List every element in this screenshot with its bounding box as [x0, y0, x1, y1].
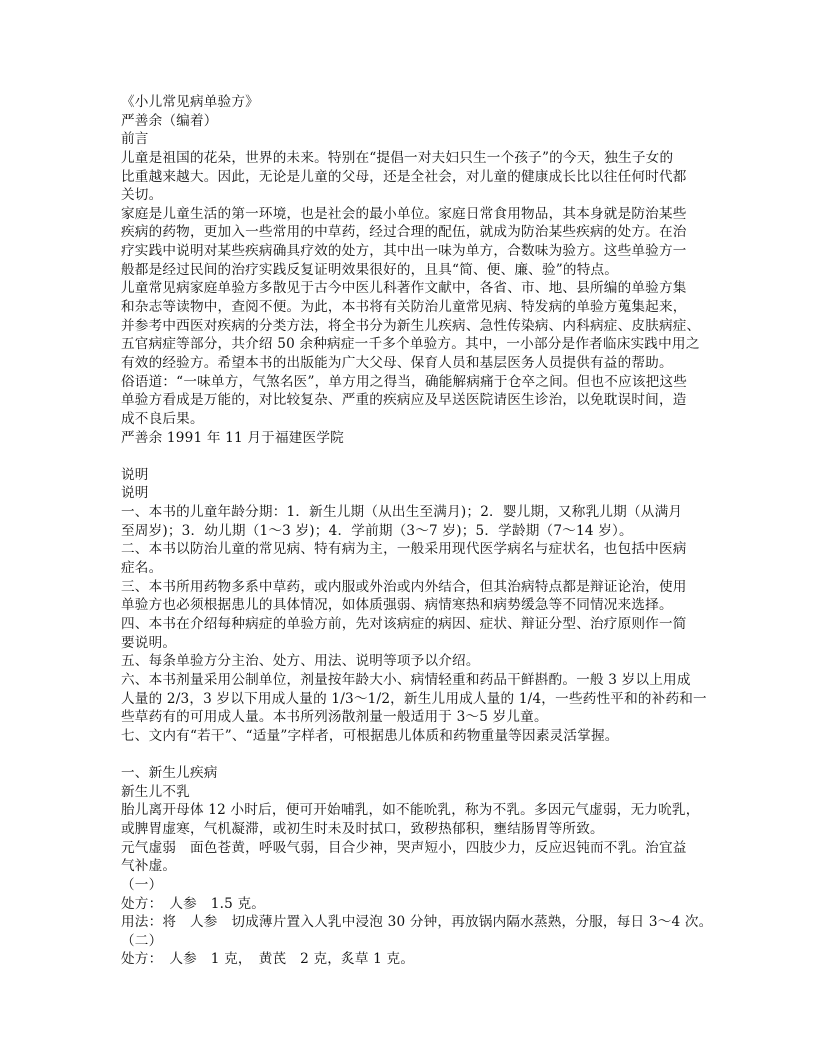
chapter-heading: 一、新生儿疾病 [121, 764, 701, 783]
notes-line: 三、本书所用药物多系中草药，或内服或外治或内外结合，但其治病特点都是辩证论治，使… [121, 578, 701, 597]
preface-line: 和杂志等读物中，查阅不便。为此，本书将有关防治儿童常见病、特发病的单验方蒐集起来… [121, 298, 701, 317]
recipe-prescription: 处方： 人参 1.5 克。 [121, 895, 701, 914]
recipe-usage: 用法：将 人参 切成薄片置入人乳中浸泡 30 分钟，再放锅内隔水蒸熟，分服，每日… [121, 913, 701, 932]
preface-line: 有效的经验方。希望本书的出版能为广大父母、保育人员和基层医务人员提供有益的帮助。 [121, 354, 701, 373]
notes-line: 四、本书在介绍每种病症的单验方前，先对该病症的病因、症状、辩证分型、治疗原则作一… [121, 615, 701, 634]
notes-line: 症名。 [121, 559, 701, 578]
spacer [121, 447, 701, 466]
notes-heading: 说明 [121, 484, 701, 503]
notes-line: 一、本书的儿童年龄分期：1．新生儿期（从出生至满月)；2．婴儿期，又称乳儿期（从… [121, 503, 701, 522]
chapter-line: 胎儿离开母体 12 小时后，便可开始哺乳，如不能吮乳，称为不乳。多因元气虚弱，无… [121, 801, 701, 820]
recipe-number: （一） [121, 876, 701, 895]
notes-body: 一、本书的儿童年龄分期：1．新生儿期（从出生至满月)；2．婴儿期，又称乳儿期（从… [121, 503, 701, 745]
chapter-line: 元气虚弱 面色苍黄，呼吸气弱，目合少神，哭声短小，四肢少力，反应迟钝而不乳。治宜… [121, 839, 701, 858]
preface-signature: 严善余 1991 年 11 月于福建医学院 [121, 429, 701, 448]
notes-line: 至周岁)；3．幼儿期（1～3 岁)；4．学前期（3～7 岁)；5．学龄期（7～1… [121, 522, 701, 541]
preface-line: 疗实践中说明对某些疾病确具疗效的处方，其中出一味为单方，合数味为验方。这些单验方… [121, 242, 701, 261]
preface-line: 疾病的药物，更加入一些常用的中草药，经过合理的配伍，就成为防治某些疾病的处方。在… [121, 223, 701, 242]
notes-line: 六、本书剂量采用公制单位，剂量按年龄大小、病情轻重和药品干鲜斟酌。一般 3 岁以… [121, 671, 701, 690]
book-title: 《小儿常见病单验方》 [121, 93, 701, 112]
notes-line: 人量的 2/3，3 岁以下用成人量的 1/3～1/2，新生儿用成人量的 1/4，… [121, 690, 701, 709]
document-page: 《小儿常见病单验方》 严善余（编着） 前言 儿童是祖国的花朵，世界的未来。特别在… [121, 93, 701, 969]
notes-heading-indented: 说明 [121, 466, 701, 485]
notes-line: 二、本书以防治儿童的常见病、特有病为主，一般采用现代医学病名与症状名，也包括中医… [121, 540, 701, 559]
preface-line: 单验方看成是万能的，对比较复杂、严重的疾病应及早送医院请医生诊治，以免耽误时间，… [121, 391, 701, 410]
preface-line: 俗语道：“一味单方，气煞名医”，单方用之得当，确能解病痛于仓卒之间。但也不应该把… [121, 373, 701, 392]
preface-line: 并参考中西医对疾病的分类方法，将全书分为新生儿疾病、急性传染病、内科病症、皮肤病… [121, 317, 701, 336]
preface-heading: 前言 [121, 130, 701, 149]
preface-line: 家庭是儿童生活的第一环境，也是社会的最小单位。家庭日常食用物品，其本身就是防治某… [121, 205, 701, 224]
section-heading: 新生儿不乳 [121, 783, 701, 802]
recipe-prescription: 处方： 人参 1 克， 黄芪 2 克，炙草 1 克。 [121, 950, 701, 969]
notes-line: 些草药有的可用成人量。本书所列汤散剂量一般适用于 3～5 岁儿童。 [121, 708, 701, 727]
chapter-line: 气补虚。 [121, 857, 701, 876]
preface-line: 般都是经过民间的治疗实践反复证明效果很好的，且具“简、便、廉、验”的特点。 [121, 261, 701, 280]
chapter-body: 胎儿离开母体 12 小时后，便可开始哺乳，如不能吮乳，称为不乳。多因元气虚弱，无… [121, 801, 701, 969]
preface-line: 成不良后果。 [121, 410, 701, 429]
chapter-line: 或脾胃虚寒，气机凝滞，或初生时未及时拭口，致秽热郁积，壅结肠胃等所致。 [121, 820, 701, 839]
preface-line: 比重越来越大。因此，无论是儿童的父母，还是全社会，对儿童的健康成长比以往任何时代… [121, 168, 701, 187]
spacer [121, 745, 701, 764]
notes-line: 要说明。 [121, 634, 701, 653]
preface-line: 关切。 [121, 186, 701, 205]
notes-line: 五、每条单验方分主治、处方、用法、说明等项予以介绍。 [121, 652, 701, 671]
preface-body: 儿童是祖国的花朵，世界的未来。特别在“提倡一对夫妇只生一个孩子”的今天，独生子女… [121, 149, 701, 447]
preface-line: 五官病症等部分，共介绍 50 余种病症一千多个单验方。其中，一小部分是作者临床实… [121, 335, 701, 354]
preface-line: 儿童常见病家庭单验方多散见于古今中医儿科著作文献中，各省、市、地、县所编的单验方… [121, 279, 701, 298]
book-author: 严善余（编着） [121, 112, 701, 131]
notes-line: 七、文内有“若干”、“适量”字样者，可根据患儿体质和药物重量等因素灵活掌握。 [121, 727, 701, 746]
recipe-number: （二） [121, 932, 701, 951]
preface-line: 儿童是祖国的花朵，世界的未来。特别在“提倡一对夫妇只生一个孩子”的今天，独生子女… [121, 149, 701, 168]
notes-line: 单验方也必须根据患儿的具体情况，如体质强弱、病情寒热和病势缓急等不同情况来选择。 [121, 596, 701, 615]
